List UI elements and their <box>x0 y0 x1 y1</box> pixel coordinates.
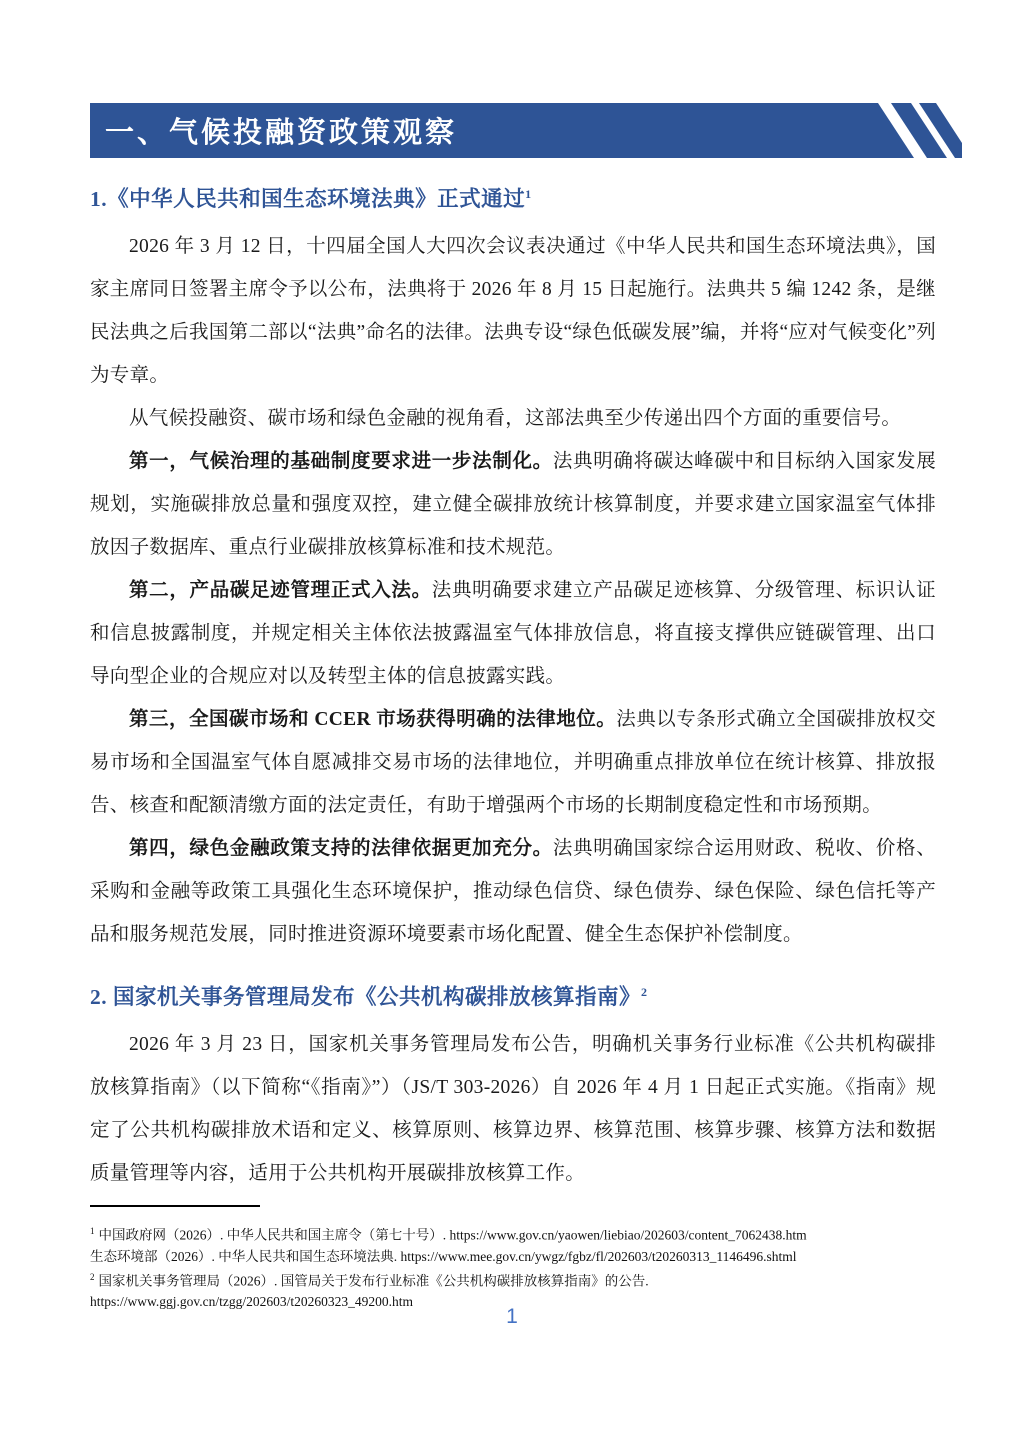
paragraph: 从气候投融资、碳市场和绿色金融的视角看，这部法典至少传递出四个方面的重要信号。 <box>90 397 936 440</box>
section-banner: 一、气候投融资政策观察 <box>90 103 936 158</box>
document-page: 一、气候投融资政策观察 1.《中华人民共和国生态环境法典》正式通过1 2026 … <box>0 0 1024 1448</box>
footnote-separator <box>90 1205 260 1207</box>
paragraph: 第四，绿色金融政策支持的法律依据更加充分。法典明确国家综合运用财政、税收、价格、… <box>90 827 936 956</box>
section-banner-title: 一、气候投融资政策观察 <box>105 110 457 151</box>
paragraph: 第二，产品碳足迹管理正式入法。法典明确要求建立产品碳足迹核算、分级管理、标识认证… <box>90 569 936 698</box>
section-1-footnote-ref: 1 <box>525 187 532 201</box>
paragraph: 2026 年 3 月 23 日，国家机关事务管理局发布公告，明确机关事务行业标准… <box>90 1023 936 1195</box>
section-banner-bar: 一、气候投融资政策观察 <box>90 103 878 158</box>
paragraph: 第三，全国碳市场和 CCER 市场获得明确的法律地位。法典以专条形式确立全国碳排… <box>90 698 936 827</box>
section-1-heading: 1.《中华人民共和国生态环境法典》正式通过1 <box>90 182 936 213</box>
diagonal-stripes-icon <box>878 103 962 158</box>
footnote-2: 2国家机关事务管理局（2026）. 国管局关于发布行业标准《公共机构碳排放核算指… <box>90 1267 936 1292</box>
footnote-1: 1中国政府网（2026）. 中华人民共和国主席令（第七十号）. https://… <box>90 1221 936 1246</box>
section-2-footnote-ref: 2 <box>641 985 648 999</box>
paragraph: 第一，气候治理的基础制度要求进一步法制化。法典明确将碳达峰碳中和目标纳入国家发展… <box>90 440 936 569</box>
section-1-heading-text: 1.《中华人民共和国生态环境法典》正式通过 <box>90 187 525 211</box>
page-number: 1 <box>0 1305 1024 1329</box>
footnote-2-marker: 2 <box>90 1272 95 1282</box>
document-content: 一、气候投融资政策观察 1.《中华人民共和国生态环境法典》正式通过1 2026 … <box>90 103 936 1195</box>
footnotes-area: 1中国政府网（2026）. 中华人民共和国主席令（第七十号）. https://… <box>90 1205 936 1312</box>
footnote-2-text: 国家机关事务管理局（2026）. 国管局关于发布行业标准《公共机构碳排放核算指南… <box>99 1273 649 1288</box>
footnote-1-continuation: 生态环境部（2026）. 中华人民共和国生态环境法典. https://www.… <box>90 1246 936 1267</box>
footnote-1-text: 中国政府网（2026）. 中华人民共和国主席令（第七十号）. https://w… <box>99 1228 807 1243</box>
footnote-1-marker: 1 <box>90 1226 95 1236</box>
section-2-heading-text: 2. 国家机关事务管理局发布《公共机构碳排放核算指南》 <box>90 985 641 1009</box>
paragraph: 2026 年 3 月 12 日，十四届全国人大四次会议表决通过《中华人民共和国生… <box>90 225 936 397</box>
section-2-heading: 2. 国家机关事务管理局发布《公共机构碳排放核算指南》2 <box>90 980 936 1011</box>
